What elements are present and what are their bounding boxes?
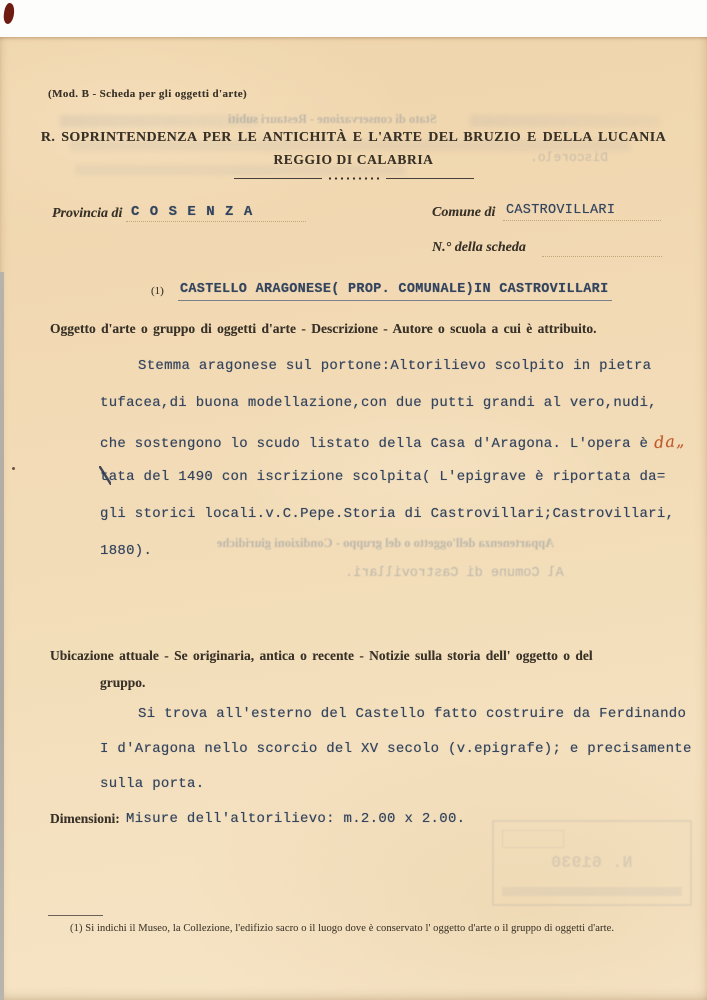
dimensioni-value: Misure dell'altorilievo: m.2.00 x 2.00. [126,811,465,827]
description-line: che sostengono lo scudo listato della Ca… [100,432,685,452]
provincia-value: C O S E N Z A [131,204,253,220]
scheda-number-label: N.° della scheda [432,240,526,256]
bleedthrough-stamp-number: N. 61930 [551,854,633,873]
description-line: tufacea,di buona modellazione,con due pu… [100,395,657,411]
scan-edge-strip [0,272,4,1000]
provincia-label: Provincia di [52,206,122,222]
bleedthrough-text: Stato di conservazione - Restauri subiti [228,112,437,127]
bleedthrough-text-mirror: Al Comune di Castrovillari. [345,566,564,581]
rule-segment [234,178,322,179]
rule-segment [386,178,474,179]
decorative-rule [0,177,707,180]
comune-label: Comune di [432,205,495,221]
ubicazione-section-label-line1: Ubicazione attuale - Se originaria, anti… [50,648,662,664]
dimensioni-label: Dimensioni: [50,811,120,827]
bleedthrough-stamp-tab [502,830,564,848]
description-line: 1880). [100,543,152,559]
footnote-rule [48,915,103,916]
authority-header-line1: R. SOPRINTENDENZA PER LE ANTICHITÀ E L'A… [0,130,707,146]
bleedthrough-smudge [470,115,660,127]
scan-corner-artifact [2,2,15,24]
description-line: tata del 1490 con iscrizione scolpita( L… [100,469,666,485]
form-model-line: (Mod. B - Scheda per gli oggetti d'arte) [48,88,247,100]
handwritten-correction: da„ [654,431,686,452]
bleedthrough-stamp: N. 61930 [492,820,692,906]
ubicazione-line: Si trova all'esterno del Castello fatto … [138,706,686,722]
description-section-label: Oggetto d'arte o gruppo di oggetti d'art… [50,321,660,337]
bleedthrough-stamp-bar [502,887,682,896]
bleedthrough-text: Appartenenza dell'oggetto o del gruppo -… [150,536,622,551]
description-line: Stemma aragonese sul portone:Altorilievo… [138,358,651,374]
authority-header-line2: REGGIO DI CALABRIA [0,152,707,168]
ubicazione-line: sulla porta. [100,776,204,792]
rule-dots [328,177,380,180]
bleedthrough-text: Al Comune di Castrovillari. [345,566,564,581]
description-line-text: che sostengono lo scudo listato della Ca… [100,436,648,452]
footnote-text: (1) Si indichi il Museo, la Collezione, … [70,923,664,934]
handwritten-strike-mark [99,466,111,485]
scanned-document: Stato di conservazione - Restauri subiti… [0,0,707,1000]
footnote-reference-marker: (1) [151,285,164,297]
paper-speck [12,467,15,470]
ubicazione-line: I d'Aragona nello scorcio del XV secolo … [100,741,692,757]
comune-value: CASTROVILLARI [506,203,615,218]
description-line: gli storici locali.v.C.Pepe.Storia di Ca… [100,506,674,522]
form-paper-sheet: Stato di conservazione - Restauri subiti… [0,37,707,1000]
bleedthrough-text-mirror: Appartenenza dell'oggetto o del gruppo -… [217,536,554,551]
scheda-number-fill-line [542,237,662,257]
object-title: CASTELLO ARAGONESE( PROP. COMUNALE)IN CA… [178,282,612,301]
ubicazione-section-label-line2: gruppo. [100,675,145,691]
bleedthrough-text-mirror: Stato di conservazione - Restauri subiti [228,112,437,127]
